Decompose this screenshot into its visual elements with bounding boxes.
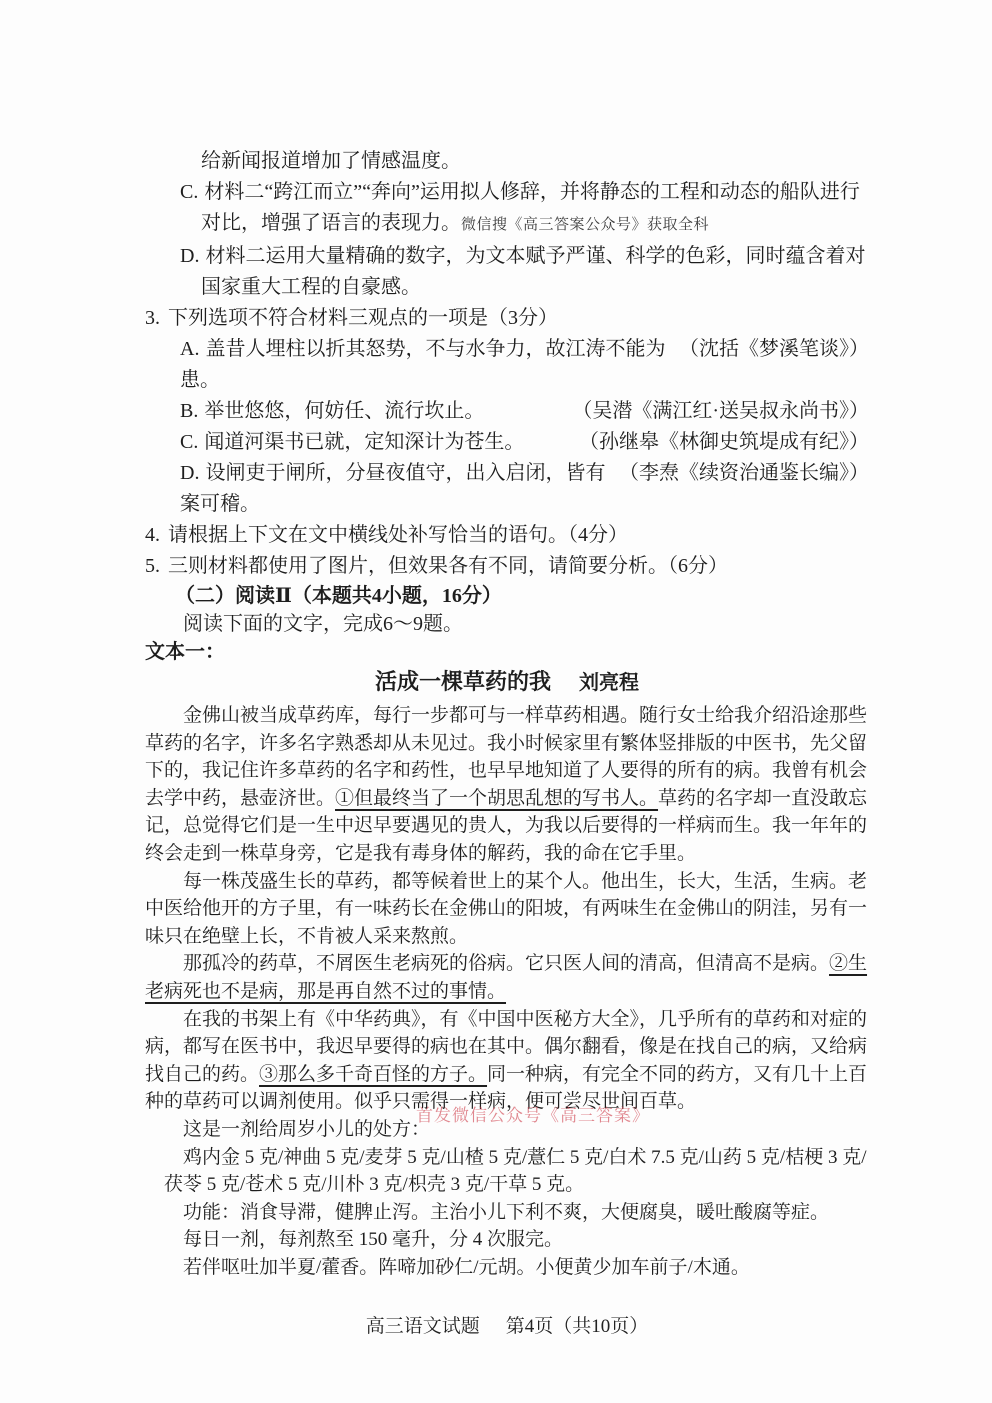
page-footer: 高三语文试题第4页（共10页） <box>145 1315 869 1339</box>
option-d-citation: （李焘《续资治通鉴长编》） <box>619 458 869 520</box>
question3-option-b: B.举世悠悠，何妨任、流行坎止。（吴潜《满江红·送吴叔永尚书》） <box>145 396 869 427</box>
p1-underlined-sentence-1: ①但最终当了一个胡思乱想的写书人。 <box>335 788 658 809</box>
option-c-text2: 闻道河渠书已就，定知深计为苍生。 <box>204 431 524 453</box>
option-a-text: 盖昔人埋柱以折其怒势，不与水争力，故江涛不能为患。 <box>180 338 665 391</box>
option-c-line: C.材料二“跨江而立”“奔向”运用拟人修辞，并将静态的工程和动态的船队进行对比，… <box>145 177 869 241</box>
question3-number: 3. <box>145 307 160 329</box>
page-content: 给新闻报道增加了情感温度。 C.材料二“跨江而立”“奔向”运用拟人修辞，并将静态… <box>145 146 869 1339</box>
p4-underlined-sentence-3: ③那么多千奇百怪的方子。 <box>259 1064 487 1085</box>
question3-option-a: A.盖昔人埋柱以折其怒势，不与水争力，故江涛不能为患。（沈括《梦溪笔谈》） <box>145 334 869 396</box>
option-c-letter2: C. <box>180 431 198 453</box>
option-b-citation: （吴潜《满江红·送吴叔永尚书》） <box>572 396 869 427</box>
footer-page-info: 第4页（共10页） <box>506 1316 649 1337</box>
option-c-main: C.闻道河渠书已就，定知深计为苍生。 <box>180 427 524 458</box>
question5-stem: 5.三则材料都使用了图片，但效果各有不同，请简要分析。（6分） <box>145 551 869 582</box>
option-b-letter: B. <box>180 400 198 422</box>
question5-number: 5. <box>145 555 160 577</box>
option-d-text2: 设闸吏于闸所，分昼夜值守，出入启闭，皆有案可稽。 <box>180 462 605 515</box>
section2-instruction: 阅读下面的文字，完成6～9题。 <box>145 610 869 638</box>
essay-title: 活成一棵草药的我 <box>375 669 551 694</box>
option-d-text: 材料二运用大量精确的数字，为文本赋予严谨、科学的色彩，同时蕴含着对国家重大工程的… <box>201 245 865 298</box>
question2-options-block: 给新闻报道增加了情感温度。 C.材料二“跨江而立”“奔向”运用拟人修辞，并将静态… <box>145 146 869 666</box>
essay-paragraph-3: 那孤冷的药草，不屑医生老病死的俗病。它只医人间的清高，但清高不是病。②生老病死也… <box>145 950 869 1005</box>
question3-option-c: C.闻道河渠书已就，定知深计为苍生。（孙继皋《林御史筑堤成有纪》） <box>145 427 869 458</box>
option-a-main: A.盖昔人埋柱以折其怒势，不与水争力，故江涛不能为患。 <box>180 334 679 396</box>
option-a-citation: （沈括《梦溪笔谈》） <box>679 334 869 396</box>
prescription-function: 功能：消食导滞，健脾止泻。主治小儿下利不爽，大便腐臭，暖吐酸腐等症。 <box>145 1199 869 1227</box>
question3-option-d: D.设闸吏于闸所，分昼夜值守，出入启闭，皆有案可稽。（李焘《续资治通鉴长编》） <box>145 458 869 520</box>
question4-stem-text: 请根据上下文在文中横线处补写恰当的语句。（4分） <box>168 524 628 546</box>
option-b-tail-line: 给新闻报道增加了情感温度。 <box>145 146 869 177</box>
exam-page: 给新闻报道增加了情感温度。 C.材料二“跨江而立”“奔向”运用拟人修辞，并将静态… <box>0 0 992 1403</box>
text-one-label: 文本一： <box>145 638 869 666</box>
option-b-main: B.举世悠悠，何妨任、流行坎止。 <box>180 396 484 427</box>
option-b-text: 举世悠悠，何妨任、流行坎止。 <box>204 400 484 422</box>
essay-body: 金佛山被当成草药库，每行一步都可与一样草药相遇。随行女士给我介绍沿途那些草药的名… <box>145 702 869 1281</box>
essay-paragraph-2: 每一株茂盛生长的草药，都等候着世上的某个人。他出生，长大，生活，生病。老中医给他… <box>145 868 869 951</box>
question3-stem-text: 下列选项不符合材料三观点的一项是（3分） <box>168 307 558 329</box>
question3-stem: 3.下列选项不符合材料三观点的一项是（3分） <box>145 303 869 334</box>
option-d-main: D.设闸吏于闸所，分昼夜值守，出入启闭，皆有案可稽。 <box>180 458 619 520</box>
footer-exam-name: 高三语文试题 <box>366 1316 480 1337</box>
option-d-letter: D. <box>180 245 199 267</box>
section2-heading: （二）阅读Ⅱ（本题共4小题，16分） <box>145 582 869 610</box>
p3-text-a: 那孤冷的药草，不屑医生老病死的俗病。它只医人间的清高，但清高不是病。 <box>183 953 829 974</box>
option-c-letter: C. <box>180 181 198 203</box>
essay-paragraph-5: 这是一剂给周岁小儿的处方： <box>145 1116 869 1144</box>
option-a-letter: A. <box>180 338 199 360</box>
option-c-citation: （孙继皋《林御史筑堤成有纪》） <box>579 427 869 458</box>
essay-author: 刘亮程 <box>579 672 639 694</box>
prescription-dosage: 每日一剂，每剂熬至 150 毫升，分 4 次服完。 <box>145 1226 869 1254</box>
prescription-ingredients: 鸡内金 5 克/神曲 5 克/麦芽 5 克/山楂 5 克/薏仁 5 克/白术 7… <box>145 1144 869 1199</box>
question5-stem-text: 三则材料都使用了图片，但效果各有不同，请简要分析。（6分） <box>168 555 728 577</box>
essay-paragraph-4: 在我的书架上有《中华药典》，有《中国中医秘方大全》，几乎所有的草药和对症的病，都… <box>145 1006 869 1116</box>
question4-stem: 4.请根据上下文在文中横线处补写恰当的语句。（4分） <box>145 520 869 551</box>
ad-note-text: 微信搜《高三答案公众号》获取全科 <box>461 217 709 233</box>
option-d-letter2: D. <box>180 462 199 484</box>
option-d-line: D.材料二运用大量精确的数字，为文本赋予严谨、科学的色彩，同时蕴含着对国家重大工… <box>145 241 869 303</box>
essay-paragraph-1: 金佛山被当成草药库，每行一步都可与一样草药相遇。随行女士给我介绍沿途那些草药的名… <box>145 702 869 868</box>
prescription-additions: 若伴呕吐加半夏/藿香。阵啼加砂仁/元胡。小便黄少加车前子/木通。 <box>145 1254 869 1282</box>
essay-title-row: 活成一棵草药的我刘亮程 <box>145 667 869 698</box>
question4-number: 4. <box>145 524 160 546</box>
